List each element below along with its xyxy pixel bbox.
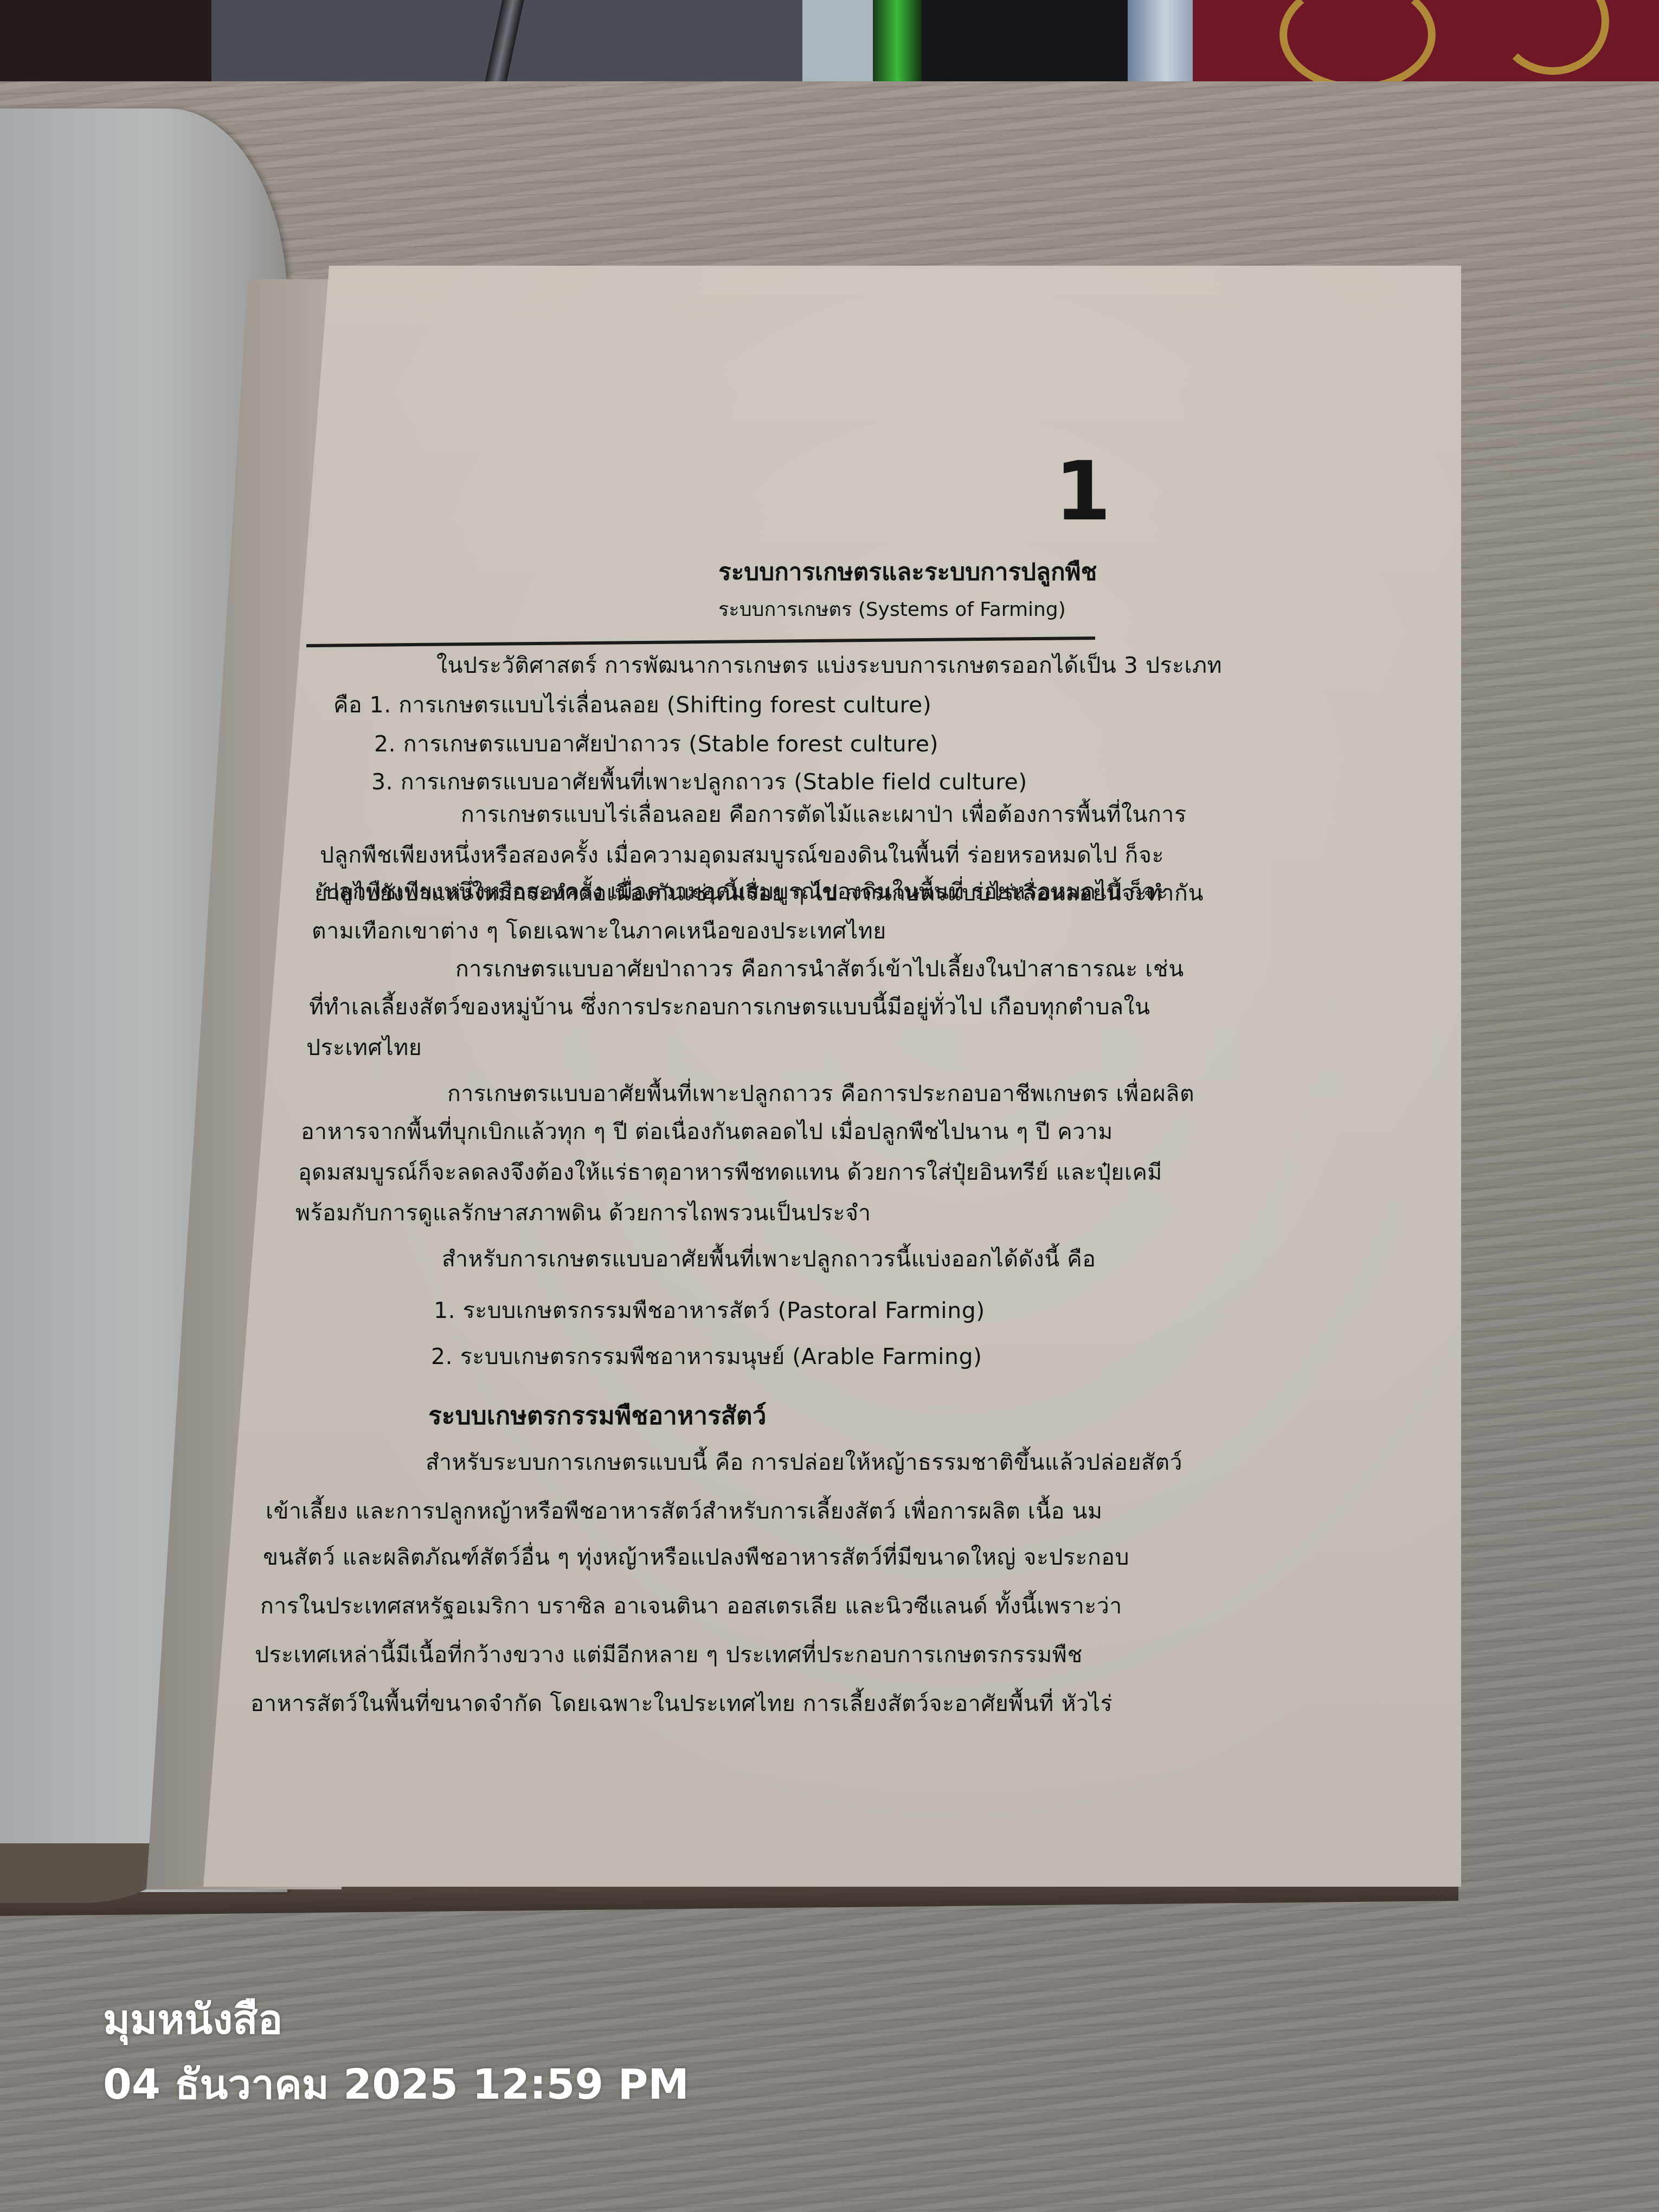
body-line: พร้อมกับการดูแลรักษาสภาพดิน ด้วยการไถพรว…: [295, 1195, 871, 1231]
watermark-title: มุมหนังสือ: [103, 1987, 282, 2052]
body-line: การเกษตรแบบอาศัยป่าถาวร คือการนำสัตว์เข้…: [455, 951, 1184, 987]
body-line: เข้าเลี้ยง และการปลูกหญ้าหรือพืชอาหารสัต…: [266, 1494, 1103, 1529]
body-line: ที่ทำเลเลี้ยงสัตว์ของหมู่บ้าน ซึ่งการประ…: [309, 989, 1150, 1025]
body-line: สำหรับการเกษตรแบบอาศัยพื้นที่เพาะปลูกถาว…: [442, 1242, 1096, 1277]
shelf-object: [873, 0, 922, 84]
body-line: การเกษตรแบบไร่เลื่อนลอย คือการตัดไม้และเ…: [461, 797, 1186, 832]
chapter-title: ระบบการเกษตรและระบบการปลูกพืช: [718, 553, 1097, 591]
body-line: อาหารจากพื้นที่บุกเบิกแล้วทุก ๆ ปี ต่อเน…: [301, 1114, 1113, 1149]
background-shelf: [0, 0, 1659, 84]
body-line: ขนสัตว์ และผลิตภัณฑ์สัตว์อื่น ๆ ทุ่งหญ้า…: [263, 1540, 1129, 1575]
shelf-object: [922, 0, 1128, 84]
body-line: การเกษตรแบบอาศัยพื้นที่เพาะปลูกถาวร คือก…: [447, 1076, 1194, 1111]
watermark-datetime: 04 ธันวาคม 2025 12:59 PM: [103, 2052, 689, 2117]
body-line: ประเทศเหล่านี้มีเนื้อที่กว้างขวาง แต่มีอ…: [255, 1637, 1083, 1673]
body-line: ปลูกพืชเพียงหนึ่งหรือสองครั้ง เมื่อความอ…: [320, 838, 1164, 873]
shelf-object: [211, 0, 802, 84]
body-line: การในประเทศสหรัฐอเมริกา บราซิล อาเจนตินา…: [260, 1589, 1122, 1624]
decorative-cloth: [1193, 0, 1659, 84]
chapter-subtitle: ระบบการเกษตร (Systems of Farming): [718, 594, 1066, 625]
body-line: อุดมสมบูรณ์ก็จะลดลงจึงต้องให้แร่ธาตุอาหา…: [298, 1155, 1162, 1190]
body-line: 1. ระบบเกษตรกรรมพืชอาหารสัตว์ (Pastoral …: [434, 1293, 985, 1328]
body-line: สำหรับระบบการเกษตรแบบนี้ คือ การปล่อยให้…: [426, 1445, 1182, 1480]
shelf-object: [0, 0, 211, 84]
body-line: ตามเทือกเขาต่าง ๆ โดยเฉพาะในภาคเหนือของป…: [312, 914, 886, 949]
body-line: ในประวัติศาสตร์ การพัฒนาการเกษตร แบ่งระบ…: [436, 648, 1222, 683]
shelf-object: [1128, 0, 1204, 84]
body-line: ประเทศไทย: [306, 1030, 422, 1065]
chapter-number: 1: [1054, 445, 1111, 539]
body-line: 2. ระบบเกษตรกรรมพืชอาหารมนุษย์ (Arable F…: [431, 1339, 982, 1374]
body-line: คือ 1. การเกษตรแบบไร่เลื่อนลอย (Shifting…: [333, 687, 931, 723]
body-line: 2. การเกษตรแบบอาศัยป่าถาวร (Stable fores…: [374, 726, 938, 762]
body-line: ย้ายไปยังป่าแห่งใหม่กระทำต่อเนื่องกันเช่…: [314, 876, 1204, 911]
shelf-object: [802, 0, 873, 84]
section-heading: ระบบเกษตรกรรมพืชอาหารสัตว์: [428, 1396, 767, 1436]
body-line: 3. การเกษตรแบบอาศัยพื้นที่เพาะปลูกถาวร (…: [371, 764, 1027, 800]
body-line: อาหารสัตว์ในพื้นที่ขนาดจำกัด โดยเฉพาะในป…: [250, 1686, 1113, 1721]
